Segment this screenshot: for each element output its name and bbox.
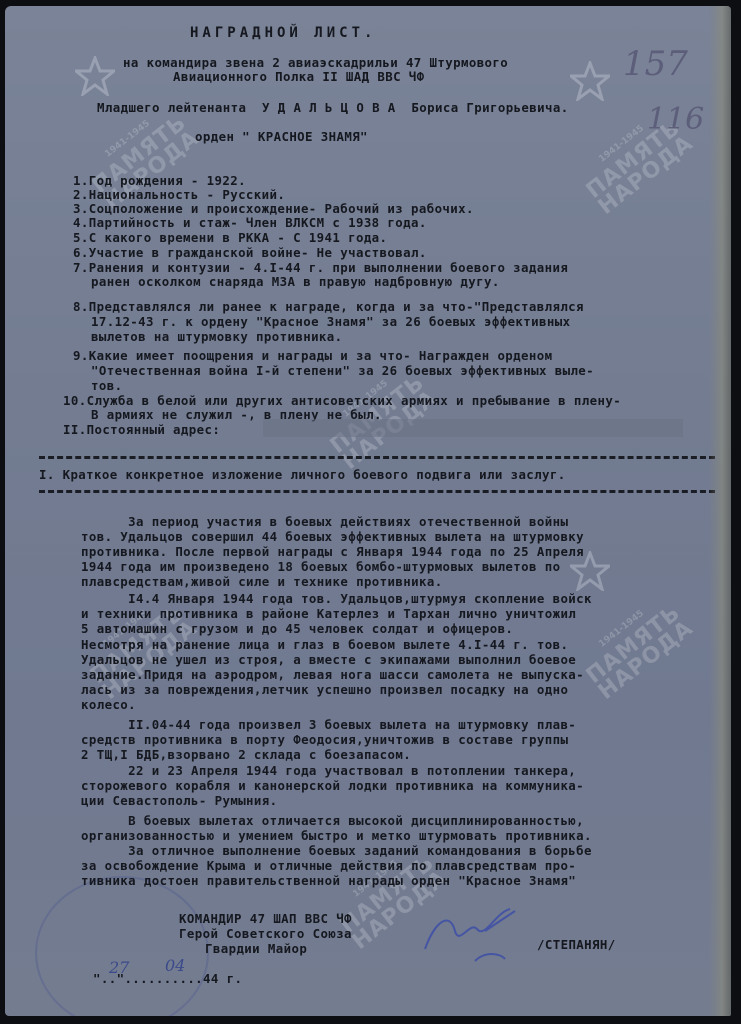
handwritten-signature <box>415 901 535 971</box>
narrative-line: 2 ТЩ,I БДБ,взорвано 2 склада с боезапасо… <box>81 748 411 762</box>
narrative-line: средств противника в порту Феодосия,унич… <box>81 733 568 747</box>
dashed-rule <box>39 490 715 493</box>
q-item-1: 1.Год рождения - 1922. <box>73 174 246 188</box>
narrative-line: В боевых вылетах отличается высокой дисц… <box>81 814 584 828</box>
q-item-9: 9.Какие имеет поощрения и награды и за ч… <box>73 349 552 363</box>
archive-number: 157 <box>623 44 688 84</box>
star-watermark-icon <box>75 56 115 96</box>
narrative-line: плавсредствам,живой силе и технике проти… <box>81 575 443 589</box>
subtitle-line-1: на командира звена 2 авиаэскадрильи 47 Ш… <box>123 56 508 70</box>
narrative-line: тивника достоен правительственной наград… <box>81 874 576 888</box>
q-item-8-cont: 17.12-43 г. к ордену "Красное Знамя" за … <box>91 315 570 329</box>
q-item-9-cont2: тов. <box>91 379 122 393</box>
handwritten-date-month: 04 <box>165 956 185 975</box>
archive-number-secondary: 116 <box>647 102 704 137</box>
q-item-3: 3.Соцположение и происхождение- Рабочий … <box>73 202 474 216</box>
award-sheet: 1941-1945ПАМЯТЬНАРОДА 1941-1945ПАМЯТЬНАР… <box>5 6 731 1016</box>
handwritten-date-day: 27 <box>109 958 129 977</box>
star-watermark-icon <box>570 61 610 101</box>
narrative-line: 1944 года им произведено 18 боевых бомбо… <box>81 560 560 574</box>
narrative-line: 5 автомашин с грузом и до 45 человек сол… <box>81 622 513 636</box>
q-item-7: 7.Ранения и контузии - 4.I-44 г. при вып… <box>73 261 568 275</box>
signature-line-3: Гвардии Майор <box>205 942 307 956</box>
narrative-line: и техники противника в районе Катерлез и… <box>81 607 576 621</box>
q-item-9-cont: "Отечественная война I-й степени" за 26 … <box>91 364 594 378</box>
dashed-rule <box>39 456 715 459</box>
narrative-line: 22 и 23 Апреля 1944 года участвовал в по… <box>81 764 576 778</box>
narrative-line: II.04-44 года произвел 3 боевых вылета н… <box>81 718 576 732</box>
narrative-line: Несмотря на ранение лица и глаз в боевом… <box>81 638 568 652</box>
narrative-line: ции Севастополь- Румыния. <box>81 794 278 808</box>
narrative-line: организованностью и умением быстро и мет… <box>81 829 592 843</box>
narrative-line: За период участия в боевых действиях оте… <box>81 515 568 529</box>
narrative-line: сторожевого корабля и канонерской лодки … <box>81 779 584 793</box>
q-item-8: 8.Представлялся ли ранее к награде, когд… <box>73 300 584 314</box>
narrative-line: противника. После первой награды с Январ… <box>81 545 584 559</box>
signatory-name: /СТЕПАНЯН/ <box>537 938 616 952</box>
signature-line-1: КОМАНДИР 47 ШАП ВВС ЧФ <box>179 912 352 926</box>
q-item-8-cont2: вылетов на штурмовку противника. <box>91 330 343 344</box>
award-line: орден " КРАСНОЕ ЗНАМЯ" <box>195 130 368 144</box>
narrative-line: За отличное выполнение боевых заданий ко… <box>81 844 592 858</box>
q-item-2: 2.Национальность - Русский. <box>73 188 285 202</box>
q-item-11: II.Постоянный адрес: <box>63 423 220 437</box>
q-item-10: 10.Служба в белой или других антисоветск… <box>63 394 621 408</box>
q-item-4: 4.Партийность и стаж- Член ВЛКСМ с 1938 … <box>73 216 427 230</box>
faded-stamp <box>35 876 209 1016</box>
subtitle-line-2: Авиационного Полка II ШАД ВВС ЧФ <box>173 70 425 84</box>
narrative-line: за освобождение Крыма и отличные действи… <box>81 859 576 873</box>
rank-name-line: Младшего лейтенанта У Д А Л Ь Ц О В А Бо… <box>97 101 569 115</box>
narrative-line: I4.4 Января 1944 года тов. Удальцов,штур… <box>81 592 592 606</box>
narrative-line: задание.Придя на аэродром, левая нога ша… <box>81 668 584 682</box>
section-heading: I. Краткое конкретное изложение личного … <box>39 468 566 482</box>
narrative-line: тов. Удальцов совершил 44 боевых эффекти… <box>81 530 584 544</box>
q-item-6: 6.Участие в гражданской войне- Не участв… <box>73 246 427 260</box>
redacted-address <box>263 419 683 437</box>
q-item-5: 5.С какого времени в РККА - С 1941 года. <box>73 231 387 245</box>
narrative-line: колесо. <box>81 698 136 712</box>
q-item-7-cont: ранен осколком снаряда МЗА в правую надб… <box>91 275 500 289</box>
document-title: НАГРАДНОЙ ЛИСТ. <box>190 26 376 40</box>
narrative-line: Удальцов не ушел из строя, а вместе с эк… <box>81 653 576 667</box>
signature-line-2: Герой Советского Союза <box>179 927 352 941</box>
narrative-line: лась из за повреждения,летчик успешно пр… <box>81 683 568 697</box>
